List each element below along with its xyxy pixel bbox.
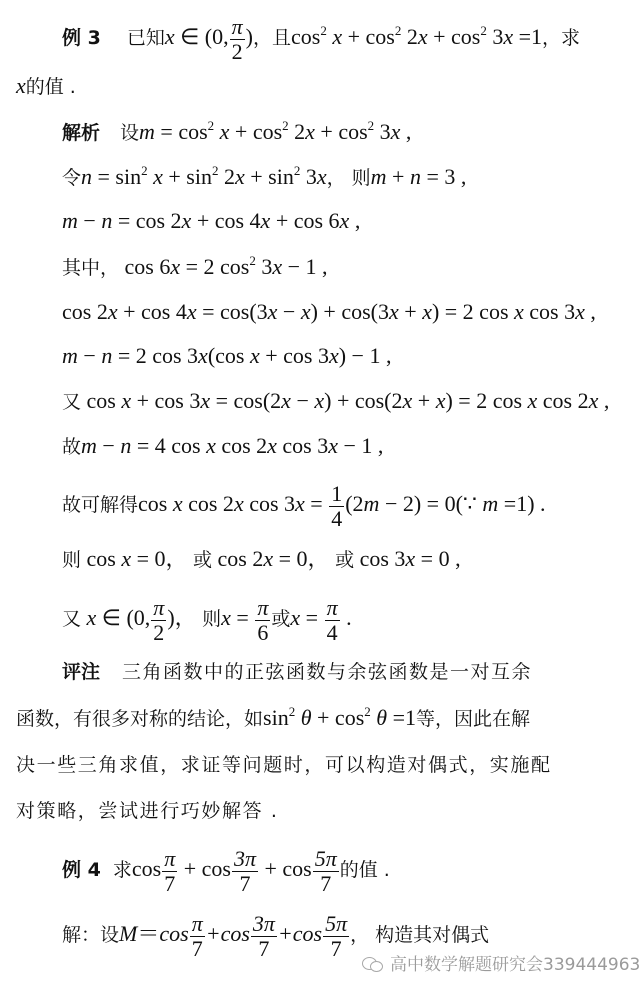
example3-statement-line1: 例 3已知x ∈ (0,π2)，且cos2 x + cos2 2x + cos2… bbox=[62, 16, 580, 63]
solution-line-3: m − n = cos 2x + cos 4x + cos 6x , bbox=[62, 209, 360, 234]
fraction-one-quarter: 14 bbox=[329, 483, 344, 530]
solution-line-5: cos 2x + cos 4x = cos(3x − x) + cos(3x +… bbox=[62, 300, 596, 325]
example3-statement-line2: x的值 . bbox=[16, 74, 76, 99]
solution-line-8: 故m − n = 4 cos x cos 2x cos 3x − 1 , bbox=[62, 434, 383, 459]
solution-line-1: 解析设m = cos2 x + cos2 2x + cos2 3x , bbox=[62, 120, 411, 145]
solution-line-6: m − n = 2 cos 3x(cos x + cos 3x) − 1 , bbox=[62, 344, 391, 369]
fraction-5pi-over-7: 5π7 bbox=[313, 848, 339, 895]
fraction-pi-over-6: π6 bbox=[255, 597, 270, 644]
solution-line-2: 令n = sin2 x + sin2 2x + sin2 3x， 则m + n … bbox=[62, 165, 466, 190]
fraction-5pi-over-7: 5π7 bbox=[323, 913, 349, 960]
fraction-pi-over-7: π7 bbox=[162, 848, 177, 895]
wechat-icon bbox=[362, 956, 384, 972]
fraction-pi-over-2: π2 bbox=[151, 597, 166, 644]
fraction-pi-over-2: π2 bbox=[230, 16, 245, 63]
comment-label: 评注 bbox=[62, 661, 100, 683]
watermark: 高中数学解题研究会339444963 bbox=[362, 950, 640, 975]
example4-statement: 例 4求cosπ7 + cos3π7 + cos5π7的值 . bbox=[62, 848, 390, 895]
comment-line-4: 对策略，尝试进行巧妙解答 . bbox=[16, 799, 278, 823]
fraction-3pi-over-7: 3π7 bbox=[251, 913, 277, 960]
example4-label: 例 4 bbox=[62, 859, 101, 881]
solution-line-4: 其中， cos 6x = 2 cos2 3x − 1 , bbox=[62, 255, 328, 280]
fraction-3pi-over-7: 3π7 bbox=[232, 848, 258, 895]
comment-line-2: 函数，有很多对称的结论，如sin2 θ + cos2 θ =1等，因此在解 bbox=[16, 706, 530, 731]
watermark-text: 高中数学解题研究会339444963 bbox=[390, 955, 640, 975]
solution-line-9: 故可解得cos x cos 2x cos 3x = 14(2m − 2) = 0… bbox=[62, 483, 546, 530]
solution-label: 解析 bbox=[62, 122, 100, 144]
fraction-pi-over-4: π4 bbox=[325, 597, 340, 644]
solution-line-11: 又 x ∈ (0,π2)， 则x = π6或x = π4 . bbox=[62, 597, 352, 644]
fraction-pi-over-7: π7 bbox=[190, 913, 205, 960]
solution-line-10: 则 cos x = 0， 或 cos 2x = 0， 或 cos 3x = 0 … bbox=[62, 547, 461, 572]
comment-line-1: 评注三角函数中的正弦函数与余弦函数是一对互余 bbox=[62, 660, 532, 684]
solution-line-7: 又 cos x + cos 3x = cos(2x − x) + cos(2x … bbox=[62, 389, 609, 414]
example3-label: 例 3 bbox=[62, 27, 101, 49]
comment-line-3: 决一些三角求值，求证等问题时，可以构造对偶式，实施配 bbox=[16, 753, 552, 777]
